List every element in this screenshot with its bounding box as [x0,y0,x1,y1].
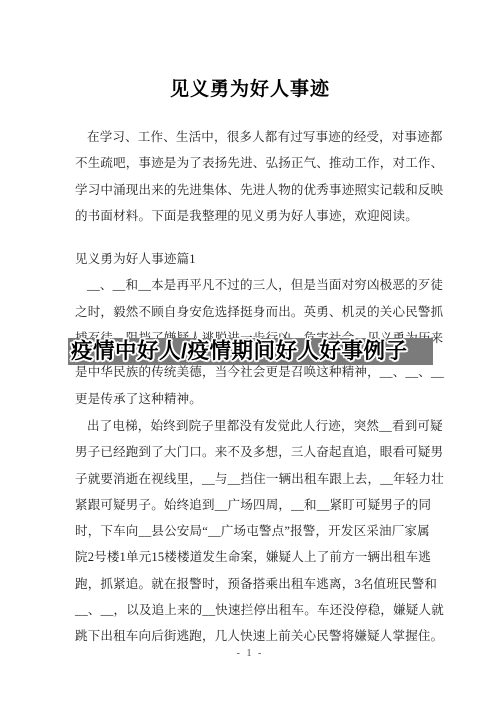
text-line: 在学习、工作、生活中，很多人都有过写事迹的经受，对事迹都 [75,124,439,150]
text-line: 见义勇为好人事迹篇1 [75,246,439,272]
text-line: 跳下出租车向后街逃跑，几人快速上前关心民警将嫌疑人掌握住。 [75,623,439,649]
section-heading: 见义勇为好人事迹篇1 [75,246,439,272]
text-line: 时，下车向__县公安局“__广场屯警点”报警，开发区采油厂家属 [75,518,439,544]
document-page: 见义勇为好人事迹 在学习、工作、生活中，很多人都有过写事迹的经受，对事迹都不生疏… [0,0,500,706]
document-title: 见义勇为好人事迹 [0,74,500,101]
text-line: __、__，以及追上来的__快速拦停出租车。车还没停稳，嫌疑人就 [75,597,439,623]
text-line: 出了电梯，始终到院子里都没有发觉此人行迹，突然__看到可疑 [75,413,439,439]
text-line: 院2号楼1单元15楼楼道发生命案，嫌疑人上了前方一辆出租车逃 [75,544,439,570]
paragraph: 出了电梯，始终到院子里都没有发觉此人行迹，突然__看到可疑男子已经跑到了大门口。… [75,413,439,650]
text-line: 学习中涌现出来的先进集体、先进人物的优秀事迹照实记载和反映 [75,177,439,203]
text-line: 紧跟可疑男子。始终追到__广场四周，__和__紧盯可疑男子的同 [75,492,439,518]
text-line: 的书面材料。下面是我整理的见义勇为好人事迹，欢迎阅读。 [75,203,439,229]
overlay-banner-text: 疫情中好人/疫情期间好人好事例子 [68,338,433,365]
page-number: - 1 - [0,648,500,659]
text-line: 之时，毅然不顾自身安危选择挺身而出。英勇、机灵的关心民警抓 [75,299,439,325]
text-line: 男子已经跑到了大门口。来不及多想，三人奋起直追，眼看可疑男 [75,439,439,465]
text-line: 子就要消逝在视线里，__与__挡住一辆出租车跟上去，__年轻力壮 [75,466,439,492]
overlay-banner[interactable]: 疫情中好人/疫情期间好人好事例子 [68,338,433,365]
text-line: __、__和__本是再平凡不过的三人，但是当面对穷凶极恶的歹徒 [75,272,439,298]
text-line: 不生疏吧，事迹是为了表扬先进、弘扬正气、推动工作，对工作、 [75,150,439,176]
text-line: 更是传承了这种精神。 [75,386,439,412]
document-body: 在学习、工作、生活中，很多人都有过写事迹的经受，对事迹都不生疏吧，事迹是为了表扬… [75,124,439,650]
text-line: 跑，抓紧追。就在报警时，预备搭乘出租车逃离，3名值班民警和 [75,571,439,597]
paragraph: 在学习、工作、生活中，很多人都有过写事迹的经受，对事迹都不生疏吧，事迹是为了表扬… [75,124,439,229]
